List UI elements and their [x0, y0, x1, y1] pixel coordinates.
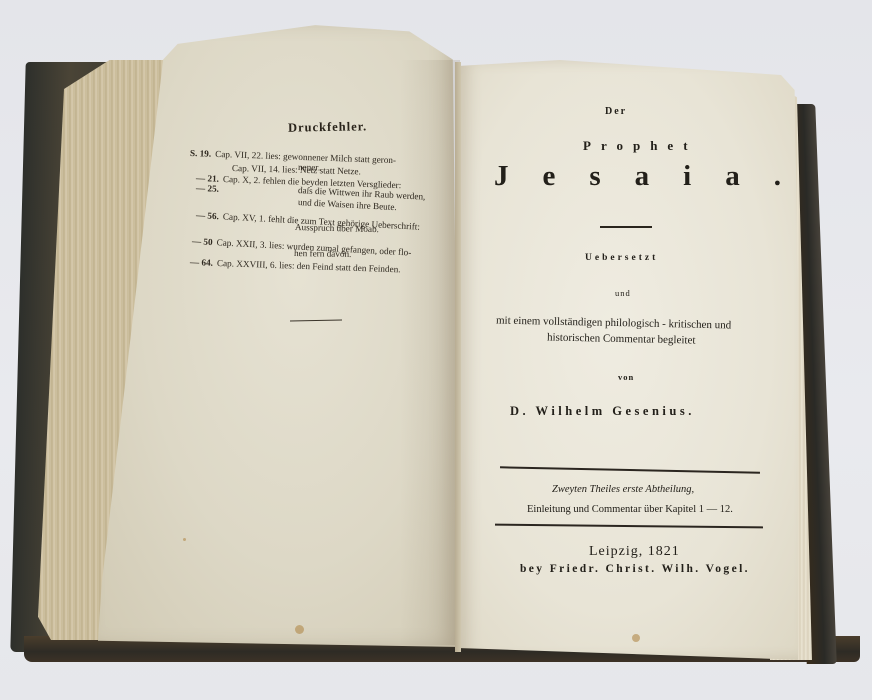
foxing-spot — [295, 625, 304, 634]
author-name: D. Wilhelm Gesenius. — [510, 404, 695, 419]
volume-contents: Einleitung und Commentar über Kapitel 1 … — [527, 504, 733, 515]
foxing-spot — [632, 634, 640, 642]
subtitle-und: und — [615, 288, 631, 298]
volume-label: Zweyten Theiles erste Abtheilung, — [552, 484, 694, 495]
title-jesaia: Jesaia. — [494, 160, 815, 193]
errata-title: Druckfehler. — [288, 119, 367, 135]
imprint-publisher: bey Friedr. Christ. Wilh. Vogel. — [520, 563, 750, 575]
book-gutter — [455, 62, 461, 652]
errata-line: hen fern davon. — [294, 248, 352, 259]
title-prophet: Prophet — [583, 138, 698, 154]
imprint-place-year: Leipzig, 1821 — [589, 544, 680, 560]
author-von: von — [618, 372, 634, 382]
foxing-spot — [183, 538, 186, 541]
title-divider — [600, 226, 652, 228]
subtitle-translated: Uebersetzt — [585, 253, 658, 263]
title-der: Der — [605, 106, 627, 117]
book-photo: Druckfehler. S. 19.Cap. VII, 22. lies: g… — [0, 0, 872, 700]
errata-line: — 25. — [196, 183, 223, 194]
